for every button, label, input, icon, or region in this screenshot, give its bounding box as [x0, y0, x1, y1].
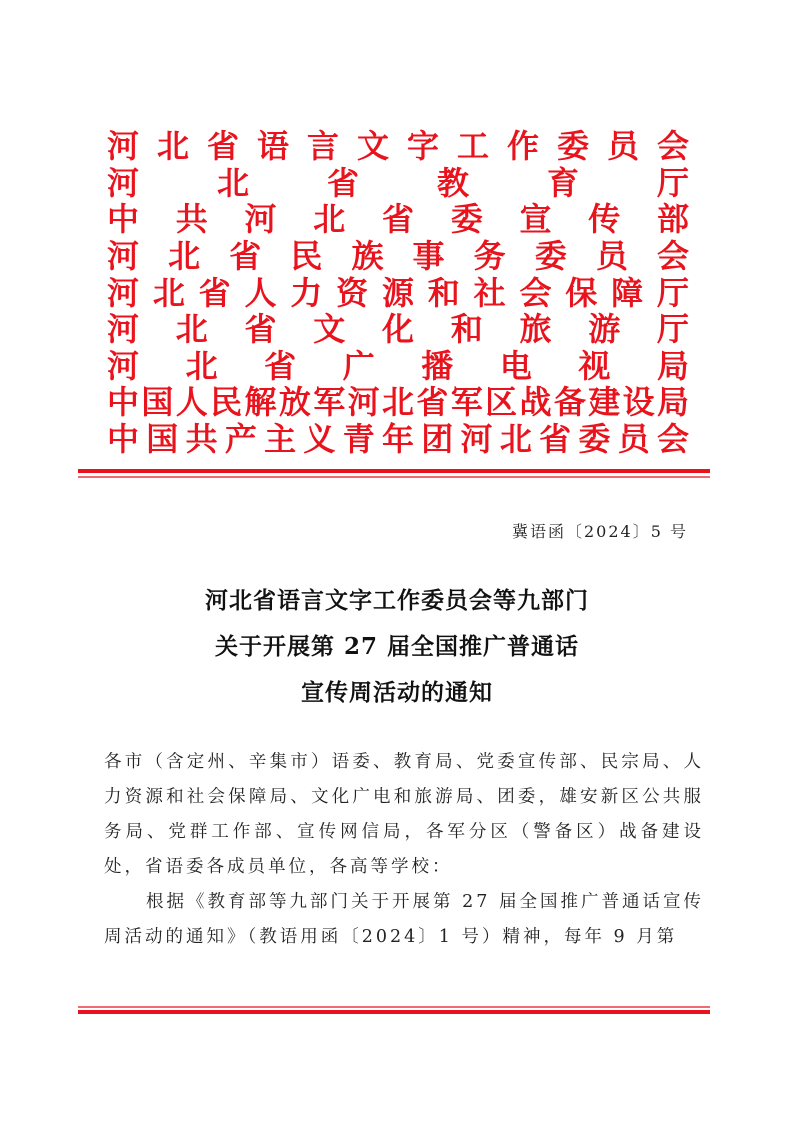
- masthead-char: 中: [107, 384, 139, 420]
- masthead-char: 国: [141, 384, 173, 420]
- masthead-char: 省: [245, 311, 277, 347]
- masthead-char: 语: [257, 128, 289, 164]
- masthead-char: 北: [168, 238, 200, 274]
- masthead-char: 障: [611, 275, 643, 311]
- masthead-char: 建: [588, 384, 620, 420]
- masthead-char: 省: [327, 165, 359, 201]
- masthead-char: 河: [348, 384, 380, 420]
- masthead-char: 事: [413, 238, 445, 274]
- masthead-char: 北: [382, 384, 414, 420]
- masthead-char: 共: [176, 201, 208, 237]
- masthead-char: 备: [554, 384, 586, 420]
- masthead-char: 战: [520, 384, 552, 420]
- masthead-line-8: 中国人民解放军河北省军区战备建设局: [107, 384, 689, 421]
- masthead-char: 员: [607, 128, 639, 164]
- masthead-char: 河: [107, 348, 139, 384]
- masthead-char: 传: [588, 201, 620, 237]
- masthead-char: 河: [107, 238, 139, 274]
- masthead-char: 省: [539, 421, 571, 457]
- masthead-char: 国: [146, 421, 178, 457]
- masthead-line-7: 河北省广播电视局: [107, 348, 689, 385]
- masthead-char: 厅: [657, 275, 689, 311]
- masthead-char: 产: [225, 421, 257, 457]
- masthead-char: 局: [657, 384, 689, 420]
- masthead-char: 河: [107, 165, 139, 201]
- masthead-char: 区: [485, 384, 517, 420]
- masthead-char: 河: [461, 421, 493, 457]
- masthead-char: 青: [343, 421, 375, 457]
- masthead-char: 言: [307, 128, 339, 164]
- masthead-char: 解: [245, 384, 277, 420]
- masthead-line-9: 中国共产主义青年团河北省委员会: [107, 421, 689, 458]
- masthead-char: 源: [382, 275, 414, 311]
- masthead-char: 北: [313, 201, 345, 237]
- footer-rule-thin: [78, 1006, 710, 1008]
- masthead-char: 族: [351, 238, 383, 274]
- masthead-line-6: 河北省文化和旅游厅: [107, 311, 689, 348]
- document-body: 各市（含定州、辛集市）语委、教育局、党委宣传部、民宗局、人力资源和社会保障局、文…: [104, 745, 704, 955]
- masthead-char: 厅: [657, 311, 689, 347]
- masthead-char: 旅: [520, 311, 552, 347]
- masthead-char: 省: [264, 348, 296, 384]
- masthead-char: 文: [357, 128, 389, 164]
- masthead-char: 省: [382, 201, 414, 237]
- masthead-char: 宣: [520, 201, 552, 237]
- masthead-char: 播: [421, 348, 453, 384]
- masthead-char: 主: [264, 421, 296, 457]
- masthead-char: 省: [229, 238, 261, 274]
- header-rule-thin: [78, 476, 710, 478]
- masthead-char: 义: [303, 421, 335, 457]
- body-paragraph-1: 根据《教育部等九部门关于开展第 27 届全国推广普通话宣传周活动的通知》（教语用…: [104, 885, 704, 955]
- masthead-char: 作: [507, 128, 539, 164]
- masthead-char: 民: [210, 384, 242, 420]
- masthead-char: 军: [451, 384, 483, 420]
- salutation: 各市（含定州、辛集市）语委、教育局、党委宣传部、民宗局、人力资源和社会保障局、文…: [104, 745, 704, 885]
- masthead-char: 字: [407, 128, 439, 164]
- masthead-char: 中: [107, 201, 139, 237]
- masthead-char: 人: [176, 384, 208, 420]
- masthead-char: 省: [207, 128, 239, 164]
- masthead-char: 省: [416, 384, 448, 420]
- masthead-char: 省: [199, 275, 231, 311]
- masthead-char: 力: [290, 275, 322, 311]
- masthead-line-1: 河北省语言文字工作委员会: [107, 128, 689, 165]
- masthead-char: 委: [451, 201, 483, 237]
- masthead-char: 教: [437, 165, 469, 201]
- masthead-char: 北: [157, 128, 189, 164]
- masthead-char: 北: [217, 165, 249, 201]
- masthead-char: 委: [535, 238, 567, 274]
- masthead-char: 北: [153, 275, 185, 311]
- header-rule-thick: [78, 469, 710, 473]
- masthead-char: 育: [547, 165, 579, 201]
- masthead-char: 和: [428, 275, 460, 311]
- masthead-char: 设: [623, 384, 655, 420]
- masthead-char: 军: [313, 384, 345, 420]
- document-page: 河北省语言文字工作委员会河北省教育厅中共河北省委宣传部河北省民族事务委员会河北省…: [0, 0, 794, 1123]
- masthead-char: 电: [500, 348, 532, 384]
- masthead-char: 委: [578, 421, 610, 457]
- document-title: 河北省语言文字工作委员会等九部门 关于开展第 27 届全国推广普通话 宣传周活动…: [0, 578, 794, 716]
- masthead-char: 河: [107, 128, 139, 164]
- title-line-2: 关于开展第 27 届全国推广普通话: [0, 624, 794, 670]
- masthead-char: 社: [474, 275, 506, 311]
- masthead-char: 化: [382, 311, 414, 347]
- masthead-char: 资: [336, 275, 368, 311]
- masthead-char: 和: [451, 311, 483, 347]
- masthead-char: 放: [279, 384, 311, 420]
- title-line-1: 河北省语言文字工作委员会等九部门: [0, 578, 794, 624]
- masthead-char: 会: [657, 238, 689, 274]
- masthead-char: 河: [107, 311, 139, 347]
- document-number: 冀语函〔2024〕5 号: [512, 519, 688, 542]
- masthead-char: 厅: [657, 165, 689, 201]
- title-line-3: 宣传周活动的通知: [0, 670, 794, 716]
- masthead-char: 游: [588, 311, 620, 347]
- masthead-line-4: 河北省民族事务委员会: [107, 238, 689, 275]
- masthead-char: 民: [290, 238, 322, 274]
- footer-rule-thick: [78, 1010, 710, 1014]
- masthead-char: 工: [457, 128, 489, 164]
- masthead-char: 会: [657, 128, 689, 164]
- masthead-char: 北: [186, 348, 218, 384]
- masthead-char: 河: [245, 201, 277, 237]
- masthead-char: 员: [596, 238, 628, 274]
- masthead-char: 团: [421, 421, 453, 457]
- masthead-char: 河: [107, 275, 139, 311]
- masthead-char: 员: [618, 421, 650, 457]
- masthead-char: 共: [186, 421, 218, 457]
- masthead-char: 人: [244, 275, 276, 311]
- masthead-char: 委: [557, 128, 589, 164]
- masthead-char: 视: [578, 348, 610, 384]
- masthead-char: 局: [657, 348, 689, 384]
- masthead-line-2: 河北省教育厅: [107, 165, 689, 202]
- issuing-authorities-masthead: 河北省语言文字工作委员会河北省教育厅中共河北省委宣传部河北省民族事务委员会河北省…: [107, 128, 689, 457]
- masthead-char: 务: [474, 238, 506, 274]
- masthead-char: 北: [176, 311, 208, 347]
- masthead-char: 部: [657, 201, 689, 237]
- masthead-line-3: 中共河北省委宣传部: [107, 201, 689, 238]
- masthead-char: 会: [657, 421, 689, 457]
- masthead-char: 会: [519, 275, 551, 311]
- masthead-char: 北: [500, 421, 532, 457]
- masthead-char: 保: [565, 275, 597, 311]
- masthead-char: 广: [343, 348, 375, 384]
- masthead-char: 文: [313, 311, 345, 347]
- masthead-line-5: 河北省人力资源和社会保障厅: [107, 274, 689, 311]
- masthead-char: 年: [382, 421, 414, 457]
- masthead-char: 中: [107, 421, 139, 457]
